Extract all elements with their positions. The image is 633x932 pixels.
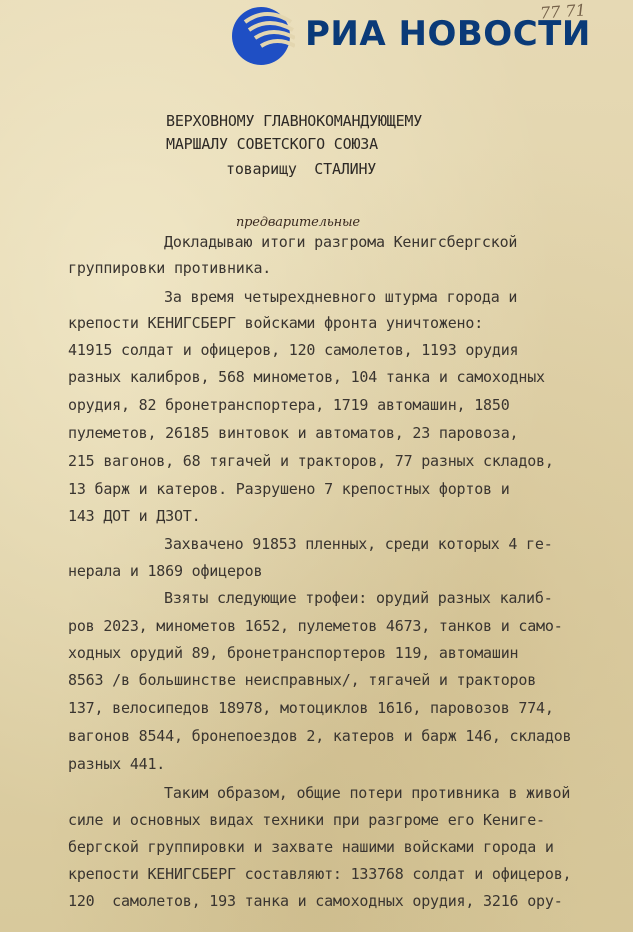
body-line: Взяты следующие трофеи: орудий разных ка… [164, 589, 553, 607]
body-line: 13 барж и катеров. Разрушено 7 крепостны… [68, 480, 510, 498]
addressee-line-2: МАРШАЛУ СОВЕТСКОГО СОЮЗА [166, 135, 378, 153]
handwritten-insert: предварительные [236, 215, 360, 230]
body-line: вагонов 8544, бронепоездов 2, катеров и … [68, 727, 571, 745]
body-line: крепости КЕНИГСБЕРГ составляют: 133768 с… [68, 865, 571, 883]
body-line: группировки противника. [68, 259, 271, 277]
body-line: ров 2023, минометов 1652, пулеметов 4673… [68, 617, 563, 635]
addressee-line-1: ВЕРХОВНОМУ ГЛАВНОКОМАНДУЮЩЕМУ [166, 112, 422, 130]
body-line: Докладываю итоги разгрома Кенигсбергской [164, 233, 517, 251]
body-line: крепости КЕНИГСБЕРГ войсками фронта унич… [68, 314, 483, 332]
body-line: За время четырехдневного штурма города и [164, 288, 517, 306]
body-line: 137, велосипедов 18978, мотоциклов 1616,… [68, 699, 554, 717]
body-line: Захвачено 91853 пленных, среди которых 4… [164, 535, 553, 553]
body-line: орудия, 82 бронетранспортера, 1719 автом… [68, 396, 510, 414]
ria-novosti-watermark: РИА НОВОСТИ [231, 2, 591, 66]
body-line: бергской группировки и захвате нашими во… [68, 838, 554, 856]
body-line: силе и основных видах техники при разгро… [68, 811, 545, 829]
body-line: разных калибров, 568 минометов, 104 танк… [68, 368, 545, 386]
body-line: 8563 /в большинстве неисправных/, тягаче… [68, 671, 536, 689]
body-line: разных 441. [68, 755, 165, 773]
archive-number: 77 71 [539, 0, 586, 22]
body-line: 143 ДОТ и ДЗОТ. [68, 507, 200, 525]
body-line: 41915 солдат и офицеров, 120 самолетов, … [68, 341, 518, 359]
body-line: ходных орудий 89, бронетранспортеров 119… [68, 644, 518, 662]
body-line: 215 вагонов, 68 тягачей и тракторов, 77 … [68, 452, 554, 470]
ria-globe-icon [231, 2, 295, 66]
body-line: 120 самолетов, 193 танка и самоходных ор… [68, 892, 563, 910]
addressee-line-3: товарищу СТАЛИНУ [226, 160, 376, 178]
body-line: Таким образом, общие потери противника в… [164, 784, 570, 802]
body-line: пулеметов, 26185 винтовок и автоматов, 2… [68, 424, 518, 442]
body-line: нерала и 1869 офицеров [68, 562, 262, 580]
